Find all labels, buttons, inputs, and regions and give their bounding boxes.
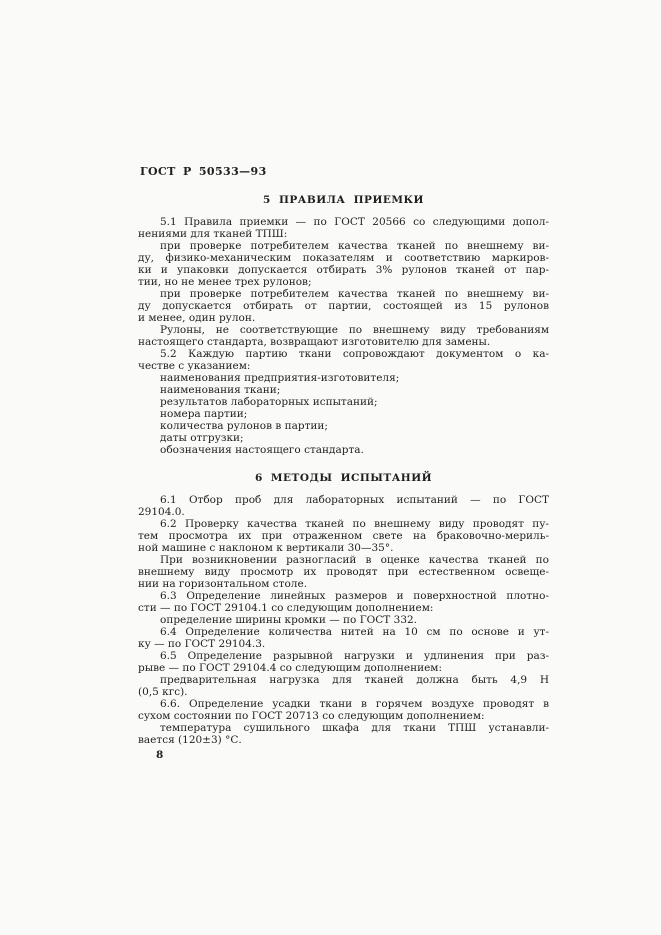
paragraph: обозначения настоящего стандарта. <box>138 444 549 456</box>
text-line: номера партии; <box>138 408 549 420</box>
paragraph: результатов лабораторных испытаний; <box>138 396 549 408</box>
text-line: температура сушильного шкафа для ткани Т… <box>138 722 549 734</box>
text-line: тем просмотра их при отраженном свете на… <box>138 530 549 542</box>
document-page: ГОСТ Р 50533—93 5 ПРАВИЛА ПРИЕМКИ5.1 Пра… <box>0 0 661 935</box>
text-line: вается (120±3) °С. <box>138 734 549 746</box>
text-line: 5.1 Правила приемки — по ГОСТ 20566 со с… <box>138 216 549 228</box>
text-line: При возникновении разногласий в оценке к… <box>138 554 549 566</box>
text-line: 6.4 Определение количества нитей на 10 с… <box>138 626 549 638</box>
text-line: ду допускается отбирать от партии, состо… <box>138 300 549 312</box>
text-line: 6.2 Проверку качества тканей по внешнему… <box>138 518 549 530</box>
text-line: наименования предприятия-изготовителя; <box>138 372 549 384</box>
section-heading: 6 МЕТОДЫ ИСПЫТАНИЙ <box>138 472 549 484</box>
document-code: ГОСТ Р 50533—93 <box>140 165 267 178</box>
text-line: тии, но не менее трех рулонов; <box>138 276 549 288</box>
text-line: сти — по ГОСТ 29104.1 со следующим допол… <box>138 602 549 614</box>
paragraph: 5.1 Правила приемки — по ГОСТ 20566 со с… <box>138 216 549 240</box>
text-line: и менее, один рулон. <box>138 312 549 324</box>
text-line: нии на горизонтальном столе. <box>138 578 549 590</box>
paragraph: наименования предприятия-изготовителя; <box>138 372 549 384</box>
paragraph: 6.1 Отбор проб для лабораторных испытани… <box>138 494 549 518</box>
paragraph: при проверке потребителем качества ткане… <box>138 240 549 288</box>
paragraph: даты отгрузки; <box>138 432 549 444</box>
paragraph: При возникновении разногласий в оценке к… <box>138 554 549 590</box>
page-number: 8 <box>138 749 549 761</box>
paragraph: 6.6. Определение усадки ткани в горячем … <box>138 698 549 722</box>
paragraph: наименования ткани; <box>138 384 549 396</box>
text-line: обозначения настоящего стандарта. <box>138 444 549 456</box>
text-line: количества рулонов в партии; <box>138 420 549 432</box>
section-heading: 5 ПРАВИЛА ПРИЕМКИ <box>138 194 549 206</box>
text-line: наименования ткани; <box>138 384 549 396</box>
text-line: ду, физико-механическим показателям и со… <box>138 252 549 264</box>
text-line: сухом состоянии по ГОСТ 20713 со следующ… <box>138 710 549 722</box>
paragraph: 5.2 Каждую партию ткани сопровождают док… <box>138 348 549 372</box>
text-line: 6.6. Определение усадки ткани в горячем … <box>138 698 549 710</box>
paragraph: определение ширины кромки — по ГОСТ 332. <box>138 614 549 626</box>
text-line: ки и упаковки допускается отбирать 3% ру… <box>138 264 549 276</box>
text-line: определение ширины кромки — по ГОСТ 332. <box>138 614 549 626</box>
paragraph: 6.4 Определение количества нитей на 10 с… <box>138 626 549 650</box>
text-line: при проверке потребителем качества ткане… <box>138 288 549 300</box>
paragraph: Рулоны, не соответствующие по внешнему в… <box>138 324 549 348</box>
text-line: при проверке потребителем качества ткане… <box>138 240 549 252</box>
text-line: 6.3 Определение линейных размеров и пове… <box>138 590 549 602</box>
document-body: 5 ПРАВИЛА ПРИЕМКИ5.1 Правила приемки — п… <box>138 194 549 761</box>
text-line: рыве — по ГОСТ 29104.4 со следующим допо… <box>138 662 549 674</box>
text-line: ку — по ГОСТ 29104.3. <box>138 638 549 650</box>
paragraph: 6.3 Определение линейных размеров и пове… <box>138 590 549 614</box>
text-line: 6.1 Отбор проб для лабораторных испытани… <box>138 494 549 506</box>
text-line: ной машине с наклоном к вертикали 30—35°… <box>138 542 549 554</box>
paragraph: при проверке потребителем качества ткане… <box>138 288 549 324</box>
paragraph: предварительная нагрузка для тканей долж… <box>138 674 549 698</box>
text-line: внешнему виду просмотр их проводят при е… <box>138 566 549 578</box>
text-line: Рулоны, не соответствующие по внешнему в… <box>138 324 549 336</box>
text-line: 6.5 Определение разрывной нагрузки и удл… <box>138 650 549 662</box>
text-line: 5.2 Каждую партию ткани сопровождают док… <box>138 348 549 360</box>
text-line: честве с указанием: <box>138 360 549 372</box>
paragraph: количества рулонов в партии; <box>138 420 549 432</box>
paragraph: 6.5 Определение разрывной нагрузки и удл… <box>138 650 549 674</box>
text-line: нениями для тканей ТПШ: <box>138 228 549 240</box>
paragraph: номера партии; <box>138 408 549 420</box>
text-line: результатов лабораторных испытаний; <box>138 396 549 408</box>
paragraph: 6.2 Проверку качества тканей по внешнему… <box>138 518 549 554</box>
text-line: 29104.0. <box>138 506 549 518</box>
paragraph: температура сушильного шкафа для ткани Т… <box>138 722 549 746</box>
text-line: (0,5 кгс). <box>138 686 549 698</box>
text-line: даты отгрузки; <box>138 432 549 444</box>
text-line: настоящего стандарта, возвращают изготов… <box>138 336 549 348</box>
text-line: предварительная нагрузка для тканей долж… <box>138 674 549 686</box>
